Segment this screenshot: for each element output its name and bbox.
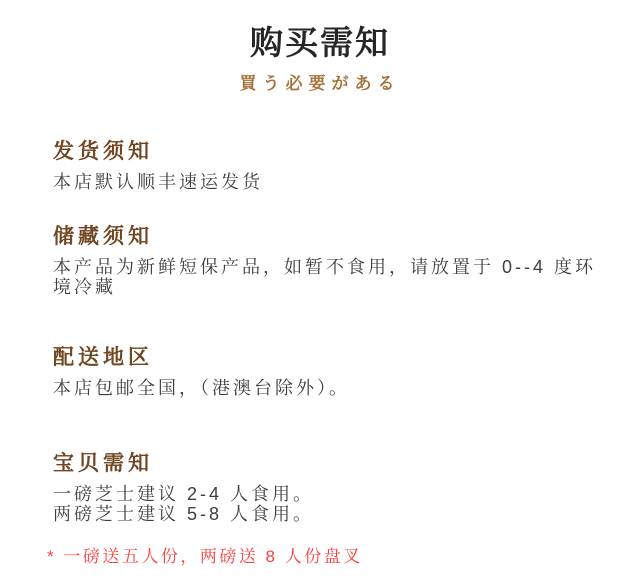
section-delivery-area: 配送地区 本店包邮全国，（港澳台除外）。 [53, 347, 600, 398]
notes-content: 发货须知 本店默认顺丰速运发货 储藏须知 本产品为新鲜短保产品，如暂不食用，请放… [53, 141, 600, 567]
page-title: 购买需知 [0, 0, 640, 60]
product-notice-heading: 宝贝需知 [53, 453, 600, 475]
purchase-notes-page: 购买需知 買う必要がある 发货须知 本店默认顺丰速运发货 储藏须知 本产品为新鲜… [0, 0, 640, 579]
delivery-area-line: 本店包邮全国，（港澳台除外）。 [53, 378, 600, 398]
product-notice-line-1: 一磅芝士建议 2-4 人食用。 [53, 484, 600, 504]
section-shipping-notice: 发货须知 本店默认顺丰速运发货 [53, 141, 600, 192]
section-product-notice: 宝贝需知 一磅芝士建议 2-4 人食用。 两磅芝士建议 5-8 人食用。 [53, 453, 600, 524]
shipping-notice-body: 本店默认顺丰速运发货 [53, 172, 600, 192]
delivery-area-body: 本店包邮全国，（港澳台除外）。 [53, 378, 600, 398]
storage-notice-heading: 储藏须知 [53, 226, 600, 248]
product-notice-line-2: 两磅芝士建议 5-8 人食用。 [53, 504, 600, 524]
section-storage-notice: 储藏须知 本产品为新鲜短保产品，如暂不食用，请放置于 0--4 度环境冷藏 [53, 226, 600, 297]
shipping-notice-line: 本店默认顺丰速运发货 [53, 172, 600, 192]
gift-footnote: * 一磅送五人份，两磅送 8 人份盘叉 [47, 547, 600, 567]
shipping-notice-heading: 发货须知 [53, 141, 600, 163]
storage-notice-line: 本产品为新鲜短保产品，如暂不食用，请放置于 0--4 度环境冷藏 [53, 257, 600, 297]
product-notice-body: 一磅芝士建议 2-4 人食用。 两磅芝士建议 5-8 人食用。 [53, 484, 600, 524]
storage-notice-body: 本产品为新鲜短保产品，如暂不食用，请放置于 0--4 度环境冷藏 [53, 257, 600, 297]
page-subtitle: 買う必要がある [0, 75, 640, 93]
delivery-area-heading: 配送地区 [53, 347, 600, 369]
